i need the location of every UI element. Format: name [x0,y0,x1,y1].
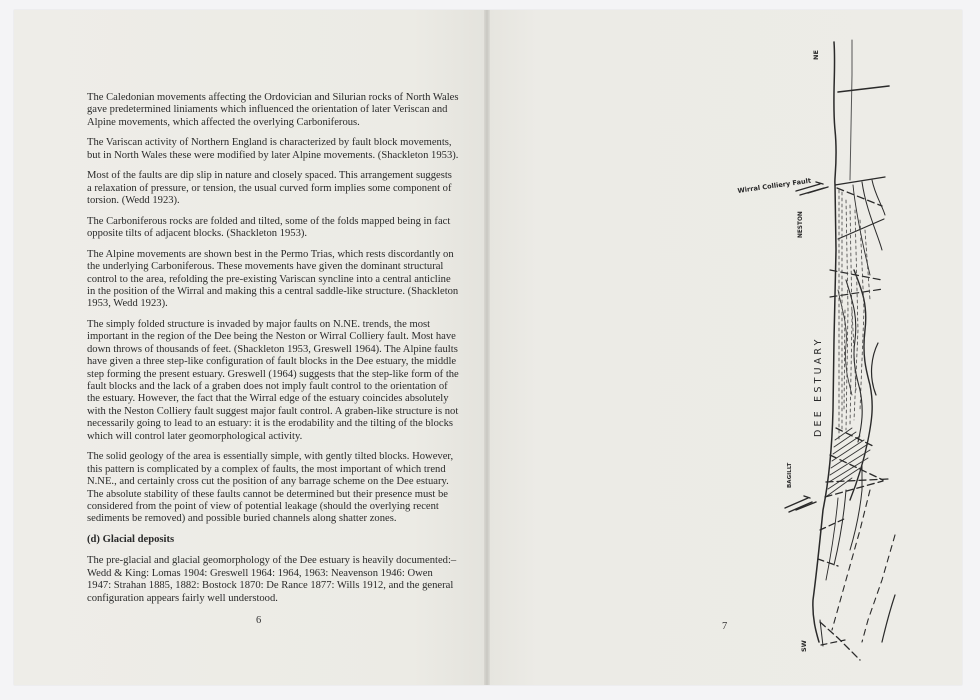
page-number-right: 7 [722,621,727,632]
paragraph-variscan: The Variscan activity of Northern Englan… [87,137,459,162]
paragraph-solid-geology: The solid geology of the area is essenti… [87,451,459,525]
dee-estuary-fault-map [490,10,962,685]
section-heading: (d) Glacial deposits [87,534,459,546]
paragraph-glacial: The pre-glacial and glacial geomorpholog… [87,555,459,605]
map-label-dee-estuary: DEE ESTUARY [813,336,824,437]
paragraph-caledonian: The Caledonian movements affecting the O… [87,92,459,129]
body-text: The Caledonian movements affecting the O… [87,92,459,613]
map-label-bagillt: BAGILLT [787,463,793,488]
page-number-left: 6 [256,615,261,626]
right-page: NE Wirral Colliery Fault NESTON DEE ESTU… [490,10,962,685]
map-label-sw: SW [800,640,808,652]
paragraph-folded-structure: The simply folded structure is invaded b… [87,319,459,443]
paragraph-alpine: The Alpine movements are shown best in t… [87,249,459,311]
paragraph-carboniferous: The Carboniferous rocks are folded and t… [87,216,459,241]
book-spread: The Caledonian movements affecting the O… [14,10,962,685]
left-page: The Caledonian movements affecting the O… [14,10,484,685]
map-label-ne: NE [812,50,820,60]
map-label-neston: NESTON [798,211,804,238]
paragraph-faults: Most of the faults are dip slip in natur… [87,170,459,207]
fault-arrow-icon [785,496,816,512]
